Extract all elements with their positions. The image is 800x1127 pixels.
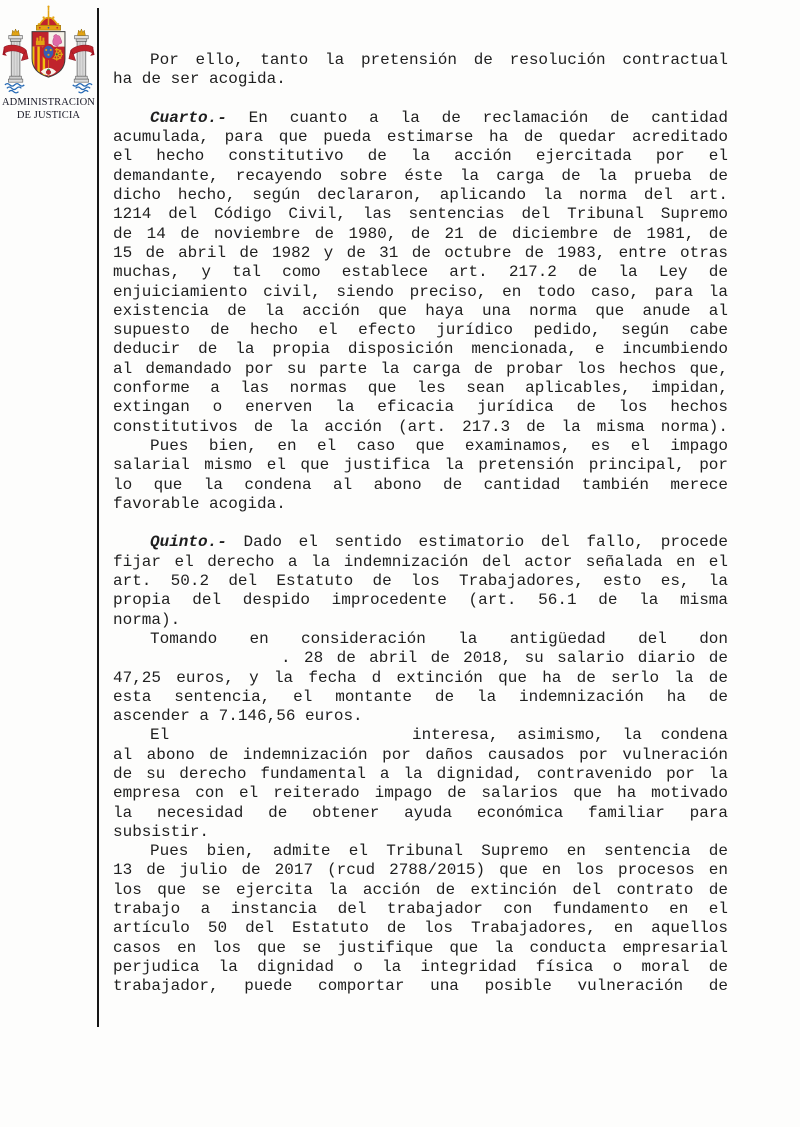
text-line: demandante, recayendo sobre éste la carg… xyxy=(113,167,728,186)
text-line: Pues bien, admite el Tribunal Supremo en… xyxy=(113,842,728,861)
paragraph-block: Cuarto.- En cuanto a la de reclamación d… xyxy=(113,109,728,514)
text-line: dicho hecho, según declararon, aplicando… xyxy=(113,186,728,205)
text-line: empresa con el reiterado impago de salar… xyxy=(113,784,728,803)
redacted-gap xyxy=(188,738,393,739)
text-line: 47,25 euros, y la fecha d extinción que … xyxy=(113,669,728,688)
text-line: la necesidad de obtener ayuda económica … xyxy=(113,804,728,823)
text-line: fijar el derecho a la indemnización del … xyxy=(113,553,728,572)
text-line: salarial mismo el que justifica la prete… xyxy=(113,456,728,475)
paragraph-block: Por ello, tanto la pretensión de resoluc… xyxy=(113,51,728,90)
emblem-caption-line2: DE JUSTICIA xyxy=(0,110,97,123)
text-line: de su derecho fundamental a la dignidad,… xyxy=(113,765,728,784)
shield xyxy=(32,32,65,78)
text-line: muchas, y tal como establece art. 217.2 … xyxy=(113,263,728,282)
text-line: de 14 de noviembre de 1980, de 21 de dic… xyxy=(113,225,728,244)
text-line: Cuarto.- En cuanto a la de reclamación d… xyxy=(113,109,728,128)
text-line: favorable acogida. xyxy=(113,495,728,514)
text-line: lo que la condena al abono de cantidad t… xyxy=(113,476,728,495)
text-line: norma). xyxy=(113,611,728,630)
text-line: al demandado por su parte la carga de pr… xyxy=(113,360,728,379)
text-line: trabajador, puede comportar una posible … xyxy=(113,977,728,996)
text-line: supuesto de hecho el efecto jurídico ped… xyxy=(113,321,728,340)
section-heading: Cuarto.- xyxy=(150,109,227,127)
spain-coat-of-arms-icon xyxy=(2,4,95,96)
document-text: Por ello, tanto la pretensión de resoluc… xyxy=(113,51,728,997)
text-line: perjudica la dignidad o la integridad fí… xyxy=(113,958,728,977)
judgment-page: ADMINISTRACION DE JUSTICIA Por ello, tan… xyxy=(0,0,800,1127)
text-line: deducir de la propia disposición mencion… xyxy=(113,340,728,359)
text-line: El interesa, asimismo, la condena xyxy=(113,726,728,745)
text-line: 13 de julio de 2017 (rcud 2788/2015) que… xyxy=(113,861,728,880)
text-line: los que se ejercita la acción de extinci… xyxy=(113,881,728,900)
text-line: 15 de abril de 1982 y de 31 de octubre d… xyxy=(113,244,728,263)
text-line: enjuiciamiento civil, siendo preciso, en… xyxy=(113,283,728,302)
text-line: propia del despido improcedente (art. 56… xyxy=(113,591,728,610)
emblem-caption-line1: ADMINISTRACION xyxy=(0,97,97,110)
text-line: artículo 50 del Estatuto de los Trabajad… xyxy=(113,919,728,938)
text-line: constitutivos de la acción (art. 217.3 d… xyxy=(113,418,728,437)
text-line: . 28 de abril de 2018, su salario diario… xyxy=(113,649,728,668)
text-line: 1214 del Código Civil, las sentencias de… xyxy=(113,205,728,224)
text-line: subsistir. xyxy=(113,823,728,842)
text-line: ha de ser acogida. xyxy=(113,70,728,89)
crown xyxy=(36,6,60,31)
text-line: Pues bien, en el caso que examinamos, es… xyxy=(113,437,728,456)
text-line: esta sentencia, el montante de la indemn… xyxy=(113,688,728,707)
text-line: Tomando en consideración la antigüedad d… xyxy=(113,630,728,649)
emblem-block: ADMINISTRACION DE JUSTICIA xyxy=(0,4,97,122)
text-line: trabajo a instancia del trabajador con f… xyxy=(113,900,728,919)
text-line: al abono de indemnización por daños caus… xyxy=(113,746,728,765)
text-line: art. 50.2 del Estatuto de los Trabajador… xyxy=(113,572,728,591)
text-line: Quinto.- Dado el sentido estimatorio del… xyxy=(113,533,728,552)
text-line: existencia de la acción que haya una nor… xyxy=(113,302,728,321)
text-line: ascender a 7.146,56 euros. xyxy=(113,707,728,726)
section-heading: Quinto.- xyxy=(150,533,227,551)
emblem-caption: ADMINISTRACION DE JUSTICIA xyxy=(0,97,97,122)
margin-rule xyxy=(97,8,99,1027)
text-line: casos en los que se justifique que la co… xyxy=(113,939,728,958)
paragraph-block: Quinto.- Dado el sentido estimatorio del… xyxy=(113,533,728,996)
text-line: acumulada, para que pueda estimarse ha d… xyxy=(113,128,728,147)
text-line: conforme a las normas que les sean aplic… xyxy=(113,379,728,398)
text-line: extingan o enerven la eficacia jurídica … xyxy=(113,398,728,417)
text-line: Por ello, tanto la pretensión de resoluc… xyxy=(113,51,728,70)
text-line: el hecho constitutivo de la acción ejerc… xyxy=(113,147,728,166)
